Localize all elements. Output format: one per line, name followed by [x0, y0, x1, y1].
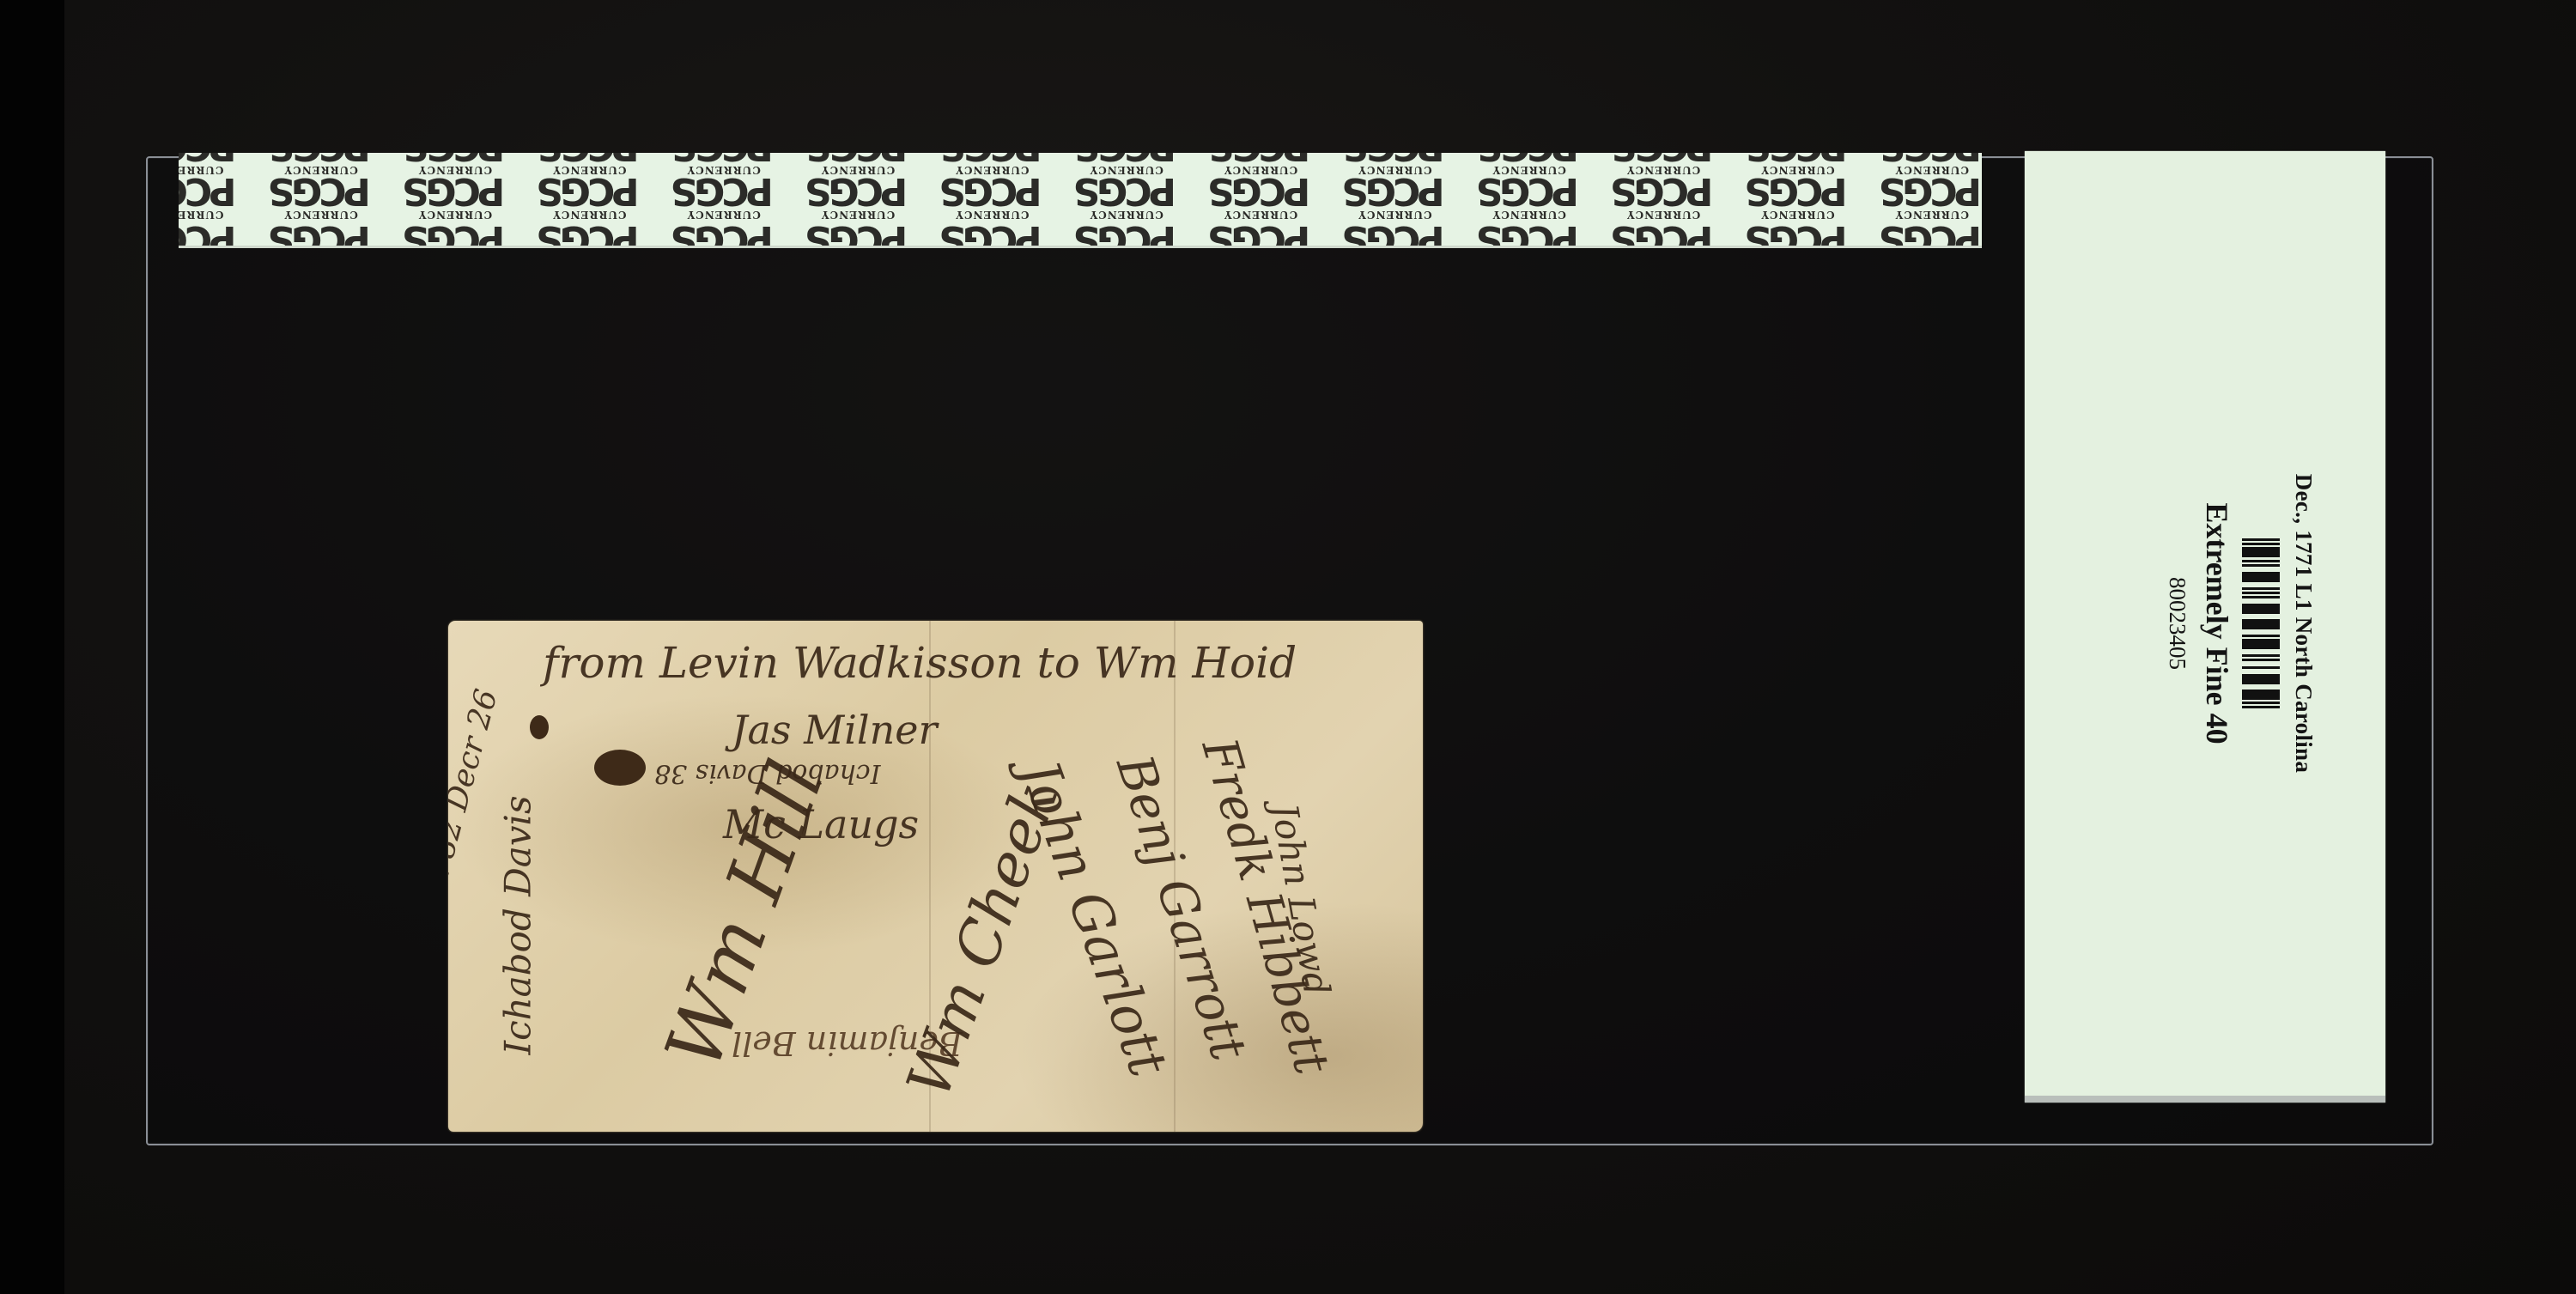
barcode-icon — [2242, 538, 2280, 708]
pcgs-logo-icon: CURRENCYPCGS — [271, 172, 371, 220]
photo-scene: CURRENCYPCGSCURRENCYPCGSCURRENCYPCGSCURR… — [0, 0, 2576, 1294]
pcgs-logo-icon: CURRENCYPCGS — [1882, 172, 1982, 220]
pcgs-logo-icon: CURRENCYPCGS — [1613, 172, 1713, 220]
cert-number: 80023405 — [2164, 577, 2190, 670]
pcgs-logo-icon: CURRENCYPCGS — [1882, 220, 1982, 248]
tape-logo-row: CURRENCYPCGSCURRENCYPCGSCURRENCYPCGSCURR… — [179, 172, 1982, 220]
pcgs-logo-icon: CURRENCYPCGS — [539, 172, 639, 220]
pcgs-security-tape: CURRENCYPCGSCURRENCYPCGSCURRENCYPCGSCURR… — [179, 153, 1982, 248]
pcgs-logo-icon: CURRENCYPCGS — [405, 172, 505, 220]
pcgs-logo-icon: CURRENCYPCGS — [1747, 220, 1847, 248]
pcgs-logo-icon: CURRENCYPCGS — [1211, 220, 1310, 248]
note-description: Dec., 1771 L1 North Carolina — [2290, 474, 2317, 773]
ink-blot — [530, 715, 549, 739]
grading-label: Dec., 1771 L1 North Carolina Extremely F… — [2025, 151, 2385, 1103]
pcgs-logo-icon: CURRENCYPCGS — [271, 220, 371, 248]
endorsement-text: Ichabod Davis — [497, 795, 539, 1054]
pcgs-logo-icon: CURRENCYPCGS — [1613, 220, 1713, 248]
grade-text: Extremely Fine 40 — [2199, 502, 2235, 744]
pcgs-logo-icon: CURRENCYPCGS — [1479, 172, 1579, 220]
pcgs-logo-icon: CURRENCYPCGS — [1211, 172, 1310, 220]
pcgs-logo-icon: CURRENCYPCGS — [942, 172, 1042, 220]
pcgs-logo-icon: CURRENCYPCGS — [1345, 220, 1444, 248]
pcgs-logo-icon: CURRENCYPCGS — [1077, 220, 1176, 248]
pcgs-logo-icon: CURRENCYPCGS — [674, 220, 774, 248]
pcgs-logo-icon: CURRENCYPCGS — [1345, 172, 1444, 220]
ink-blot — [594, 750, 646, 786]
background-edge — [0, 0, 64, 1294]
pcgs-logo-icon: CURRENCYPCGS — [1747, 172, 1847, 220]
colonial-banknote: from Levin Wadkisson to Wm Hoid Jas Miln… — [448, 621, 1423, 1132]
endorsement-text: from Levin Wadkisson to Wm Hoid — [543, 638, 1297, 688]
pcgs-logo-icon: CURRENCYPCGS — [1479, 220, 1579, 248]
pcgs-logo-icon: CURRENCYPCGS — [179, 172, 237, 220]
tape-logo-row: CURRENCYPCGSCURRENCYPCGSCURRENCYPCGSCURR… — [179, 220, 1982, 248]
pcgs-logo-icon: CURRENCYPCGS — [539, 220, 639, 248]
pcgs-logo-icon: CURRENCYPCGS — [1077, 172, 1176, 220]
endorsement-text: Jas Milner — [732, 707, 937, 753]
pcgs-logo-icon: CURRENCYPCGS — [674, 172, 774, 220]
pcgs-logo-icon: CURRENCYPCGS — [808, 220, 908, 248]
pcgs-logo-icon: CURRENCYPCGS — [942, 220, 1042, 248]
pcgs-logo-icon: CURRENCYPCGS — [405, 220, 505, 248]
pcgs-logo-icon: CURRENCYPCGS — [179, 220, 237, 248]
pcgs-logo-icon: CURRENCYPCGS — [808, 172, 908, 220]
